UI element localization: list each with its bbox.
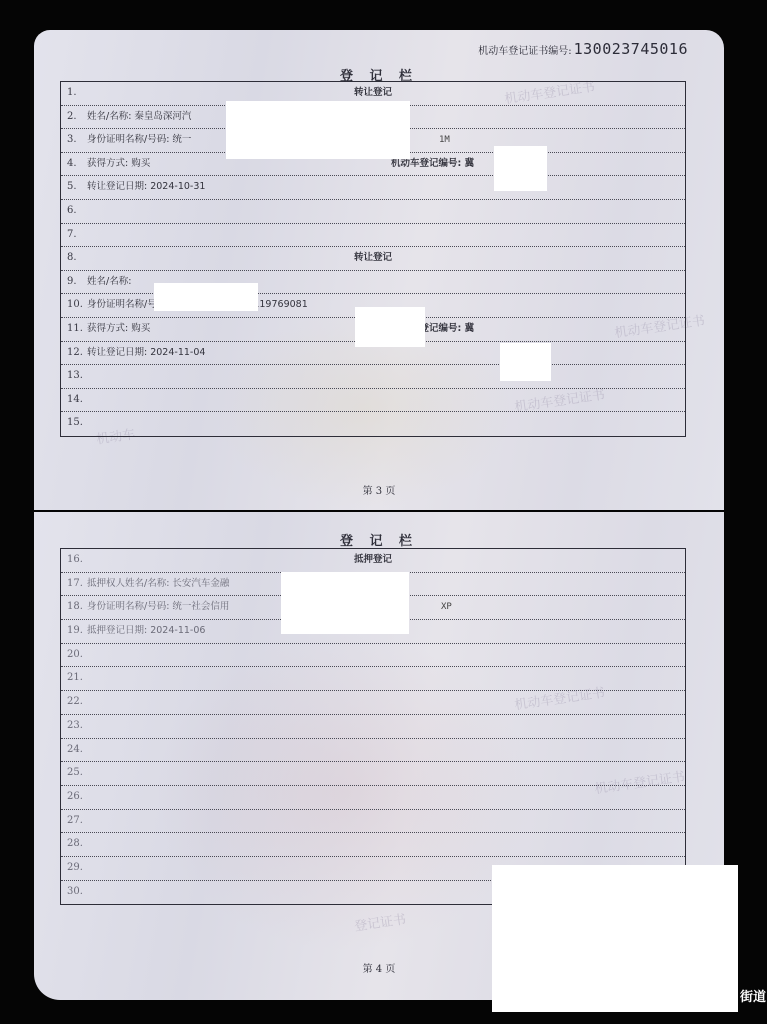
row-number: 18. <box>67 596 87 618</box>
table-row: 20. <box>61 644 685 668</box>
certificate-number: 130023745016 <box>574 40 688 58</box>
row-number: 12. <box>67 342 87 364</box>
table-row: 25. <box>61 762 685 786</box>
row-text: 转让登记日期: 2024-11-04 <box>87 347 205 358</box>
table-row: 23. <box>61 715 685 739</box>
section-heading: 转让登记 <box>61 247 685 269</box>
redaction-block <box>355 307 425 347</box>
row-number: 29. <box>67 857 87 879</box>
table-row: 7. <box>61 224 685 248</box>
row-text: 转让登记日期: 2024-10-31 <box>87 181 205 192</box>
row-number: 9. <box>67 271 87 293</box>
certificate-number-header: 机动车登记证书编号:130023745016 <box>478 40 688 58</box>
row-number: 21. <box>67 667 87 689</box>
row-number: 27. <box>67 810 87 832</box>
table-row: 26. <box>61 786 685 810</box>
row-number: 23. <box>67 715 87 737</box>
page-title: 登 记 栏 <box>34 530 724 549</box>
row-number: 22. <box>67 691 87 713</box>
row-text: 抵押权人姓名/名称: 长安汽车金融 <box>87 578 229 589</box>
row-number: 13. <box>67 365 87 387</box>
row-text: 姓名/名称: 秦皇岛深河汽 <box>87 111 191 122</box>
redaction-block <box>281 572 409 634</box>
row-text: 抵押登记日期: 2024-11-06 <box>87 625 205 636</box>
row-text-tail: 1M <box>439 129 450 151</box>
row-text: 身份证明名称/号码: 统一 <box>87 134 191 145</box>
redaction-block <box>154 283 258 311</box>
row-number: 3. <box>67 129 87 151</box>
row-number: 15. <box>67 412 87 434</box>
overlay-caption-line1: 街道 <box>740 986 766 1005</box>
row-number: 6. <box>67 200 87 222</box>
redaction-block <box>226 101 410 159</box>
redaction-block <box>500 343 551 381</box>
table-row: 14. <box>61 389 685 413</box>
row-text: 姓名/名称: <box>87 276 131 287</box>
row-number: 10. <box>67 294 87 316</box>
table-row: 22. <box>61 691 685 715</box>
table-row: 15. <box>61 412 685 436</box>
table-row: 28. <box>61 833 685 857</box>
redaction-block <box>494 146 547 191</box>
row-number: 25. <box>67 762 87 784</box>
table-row: 6. <box>61 200 685 224</box>
table-row: 5.转让登记日期: 2024-10-31 <box>61 176 685 200</box>
section-heading: 抵押登记 <box>61 549 685 571</box>
row-number: 30. <box>67 881 87 903</box>
row-number: 11. <box>67 318 87 340</box>
row-number: 7. <box>67 224 87 246</box>
row-text-tail: XP <box>441 596 452 618</box>
redaction-block <box>492 865 738 1012</box>
table-row: 24. <box>61 739 685 763</box>
row-text: 身份证明名称/号码: 统一社会信用 <box>87 601 229 612</box>
row-number: 19. <box>67 620 87 642</box>
row-number: 17. <box>67 573 87 595</box>
row-number: 14. <box>67 389 87 411</box>
row-text: 获得方式: 购买 <box>87 158 150 169</box>
certificate-number-label: 机动车登记证书编号: <box>478 46 571 57</box>
table-row: 8.转让登记 <box>61 247 685 271</box>
row-number: 28. <box>67 833 87 855</box>
row-number: 24. <box>67 739 87 761</box>
row-number: 5. <box>67 176 87 198</box>
row-number: 4. <box>67 153 87 175</box>
row-number: 2. <box>67 106 87 128</box>
table-row: 13. <box>61 365 685 389</box>
page-number-label: 第 3 页 <box>34 482 724 497</box>
row-text: 获得方式: 购买 <box>87 323 150 334</box>
row-number: 26. <box>67 786 87 808</box>
row-number: 20. <box>67 644 87 666</box>
table-row: 21. <box>61 667 685 691</box>
table-row: 16.抵押登记 <box>61 549 685 573</box>
table-row: 27. <box>61 810 685 834</box>
watermark: 登记证书 <box>353 908 407 934</box>
